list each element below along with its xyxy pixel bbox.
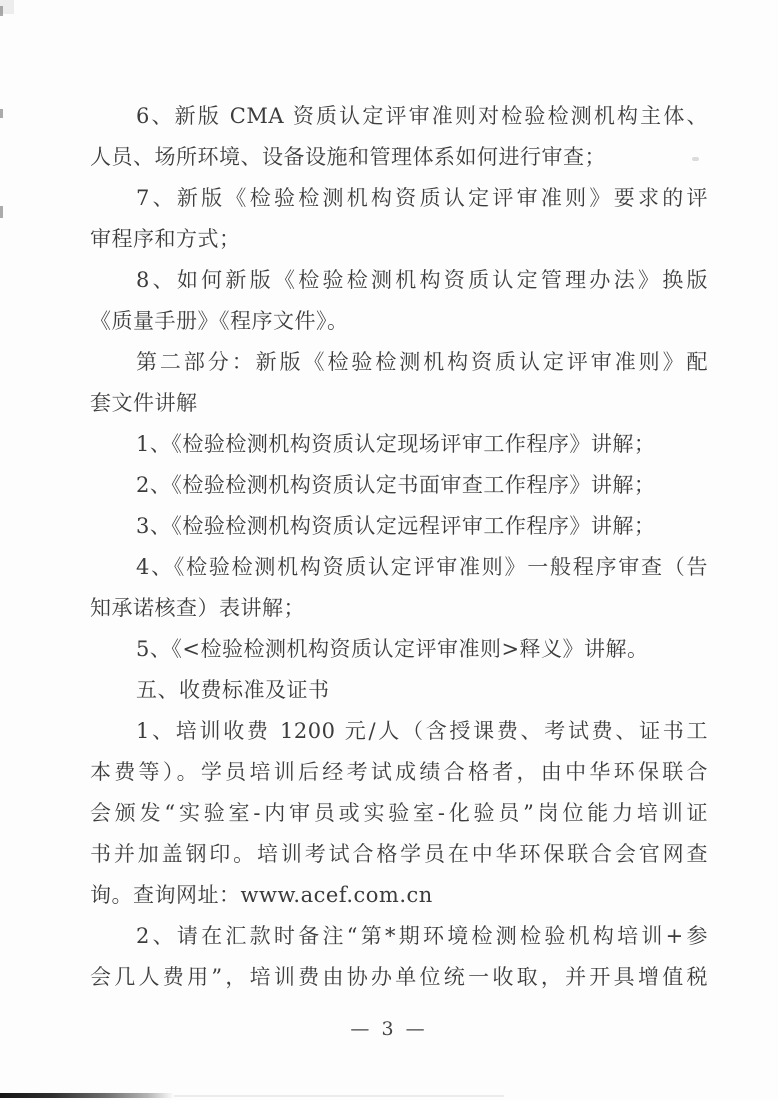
text-line: 询。查询网址：www.acef.com.cn (90, 875, 708, 916)
text-line: 审程序和方式； (90, 219, 708, 260)
text-line: 本费等）。学员培训后经考试成绩合格者，由中华环保联合 (90, 752, 708, 793)
text-line: 4、《检验检测机构资质认定评审准则》一般程序审查（告 (90, 547, 708, 588)
text-line: 5、《<检验检测机构资质认定评审准则>释义》讲解。 (90, 629, 708, 670)
text-line: 8、如何新版《检验检测机构资质认定管理办法》换版 (90, 260, 708, 301)
scan-edge-speck (0, 109, 3, 118)
text-line: 7、新版《检验检测机构资质认定评审准则》要求的评 (90, 178, 708, 219)
scan-edge-speck (0, 6, 3, 16)
text-line: 书并加盖钢印。培训考试合格学员在中华环保联合会官网查 (90, 834, 708, 875)
text-line: 知承诺核查）表讲解； (90, 588, 708, 629)
scan-bottom-line (0, 1093, 174, 1098)
text-line: 1、培训收费 1200 元/人（含授课费、考试费、证书工 (90, 711, 708, 752)
text-line: 会几人费用”，培训费由协办单位统一收取，并开具增值税 (90, 957, 708, 998)
document-page: 6、新版 CMA 资质认定评审准则对检验检测机构主体、人员、场所环境、设备设施和… (0, 0, 778, 1100)
body-text: 6、新版 CMA 资质认定评审准则对检验检测机构主体、人员、场所环境、设备设施和… (90, 96, 708, 998)
text-line: 2、《检验检测机构资质认定书面审查工作程序》讲解； (90, 465, 708, 506)
text-line: 1、《检验检测机构资质认定现场评审工作程序》讲解； (90, 424, 708, 465)
text-line: 2、请在汇款时备注“第*期环境检测检验机构培训+参 (90, 916, 708, 957)
scan-edge-speck (0, 206, 3, 218)
text-line: 套文件讲解 (90, 383, 708, 424)
text-line: 会颁发“实验室-内审员或实验室-化验员”岗位能力培训证 (90, 793, 708, 834)
text-line: 3、《检验检测机构资质认定远程评审工作程序》讲解； (90, 506, 708, 547)
scan-bottom-line-faint (174, 1095, 504, 1097)
text-line: 第二部分：新版《检验检测机构资质认定评审准则》配 (90, 342, 708, 383)
page-number: — 3 — (0, 1014, 778, 1044)
text-line: 6、新版 CMA 资质认定评审准则对检验检测机构主体、 (90, 96, 708, 137)
text-line: 人员、场所环境、设备设施和管理体系如何进行审查； (90, 137, 708, 178)
text-line: 五、收费标准及证书 (90, 670, 708, 711)
text-line: 《质量手册》《程序文件》。 (90, 301, 708, 342)
